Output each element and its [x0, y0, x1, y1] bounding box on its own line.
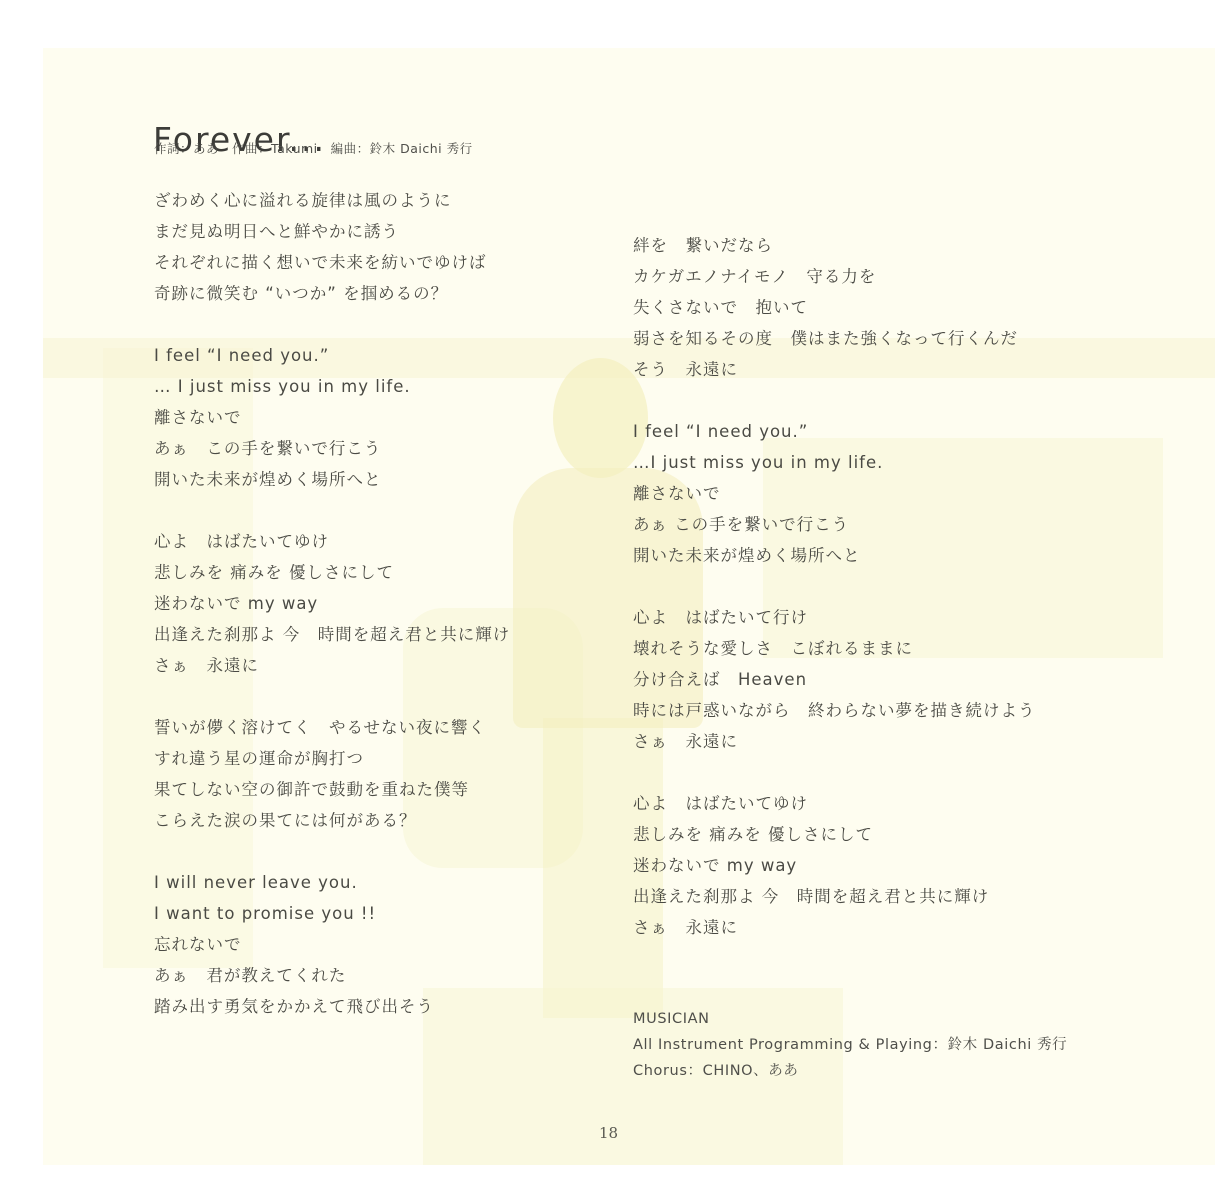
lyric-line: 忘れないで — [154, 929, 510, 960]
lyric-line: … I just miss you in my life. — [154, 371, 510, 402]
lyrics-left-column: ざわめく心に溢れる旋律は風のように まだ見ぬ明日へと鮮やかに誘う それぞれに描く… — [154, 185, 510, 1053]
lyrics-stanza: I feel “I need you.” …I just miss you in… — [633, 416, 1036, 571]
lyric-line: それぞれに描く想いで未来を紡いでゆけば — [154, 247, 510, 278]
musician-credit-line: Chorus：CHINO、ああ — [633, 1058, 1067, 1084]
lyric-line: すれ違う星の運命が胸打つ — [154, 743, 510, 774]
lyric-line: 失くさないで 抱いて — [633, 292, 1036, 323]
lyric-line: 迷わないで my way — [154, 588, 510, 619]
lyrics-stanza: I will never leave you. I want to promis… — [154, 867, 510, 1022]
lyric-line: I feel “I need you.” — [633, 416, 1036, 447]
page-number: 18 — [599, 1124, 618, 1142]
lyrics-right-column: 絆を 繋いだなら カケガエノナイモノ 守る力を 失くさないで 抱いて 弱さを知る… — [633, 230, 1036, 974]
lyric-line: 迷わないで my way — [633, 850, 1036, 881]
lyric-line: 奇跡に微笑む “いつか” を掴めるの？ — [154, 278, 510, 309]
lyrics-page: Forever... 作詞：ああ 作曲：Takumi 編曲：鈴木 Daichi … — [0, 0, 1215, 1200]
lyric-line: さぁ 永遠に — [633, 726, 1036, 757]
song-credits: 作詞：ああ 作曲：Takumi 編曲：鈴木 Daichi 秀行 — [154, 139, 473, 157]
lyric-line: …I just miss you in my life. — [633, 447, 1036, 478]
lyrics-stanza: 誓いが儚く溶けてく やるせない夜に響く すれ違う星の運命が胸打つ 果てしない空の… — [154, 712, 510, 836]
lyric-line: 果てしない空の御許で鼓動を重ねた僕等 — [154, 774, 510, 805]
lyric-line: さぁ 永遠に — [633, 912, 1036, 943]
lyric-line: 分け合えば Heaven — [633, 664, 1036, 695]
lyric-line: ざわめく心に溢れる旋律は風のように — [154, 185, 510, 216]
lyric-line: そう 永遠に — [633, 354, 1036, 385]
lyrics-stanza: I feel “I need you.” … I just miss you i… — [154, 340, 510, 495]
lyric-line: 出逢えた刹那よ 今 時間を超え君と共に輝け — [633, 881, 1036, 912]
lyric-line: あぁ 君が教えてくれた — [154, 960, 510, 991]
lyric-line: 開いた未来が煌めく場所へと — [154, 464, 510, 495]
lyric-line: 心よ はばたいてゆけ — [633, 788, 1036, 819]
lyric-line: こらえた涙の果てには何がある？ — [154, 805, 510, 836]
lyric-line: さぁ 永遠に — [154, 650, 510, 681]
lyrics-stanza: 絆を 繋いだなら カケガエノナイモノ 守る力を 失くさないで 抱いて 弱さを知る… — [633, 230, 1036, 385]
musician-credit-line: All Instrument Programming & Playing：鈴木 … — [633, 1032, 1067, 1058]
lyric-line: 壊れそうな愛しさ こぼれるままに — [633, 633, 1036, 664]
lyric-line: まだ見ぬ明日へと鮮やかに誘う — [154, 216, 510, 247]
lyric-line: 誓いが儚く溶けてく やるせない夜に響く — [154, 712, 510, 743]
lyric-line: 悲しみを 痛みを 優しさにして — [633, 819, 1036, 850]
lyric-line: 出逢えた刹那よ 今 時間を超え君と共に輝け — [154, 619, 510, 650]
lyric-line: 悲しみを 痛みを 優しさにして — [154, 557, 510, 588]
lyric-line: 時には戸惑いながら 終わらない夢を描き続けよう — [633, 695, 1036, 726]
lyric-line: 心よ はばたいて行け — [633, 602, 1036, 633]
musician-heading: MUSICIAN — [633, 1006, 1067, 1032]
lyric-line: 離さないで — [633, 478, 1036, 509]
lyric-line: I want to promise you !! — [154, 898, 510, 929]
lyrics-stanza: 心よ はばたいてゆけ 悲しみを 痛みを 優しさにして 迷わないで my way … — [154, 526, 510, 681]
lyric-line: あぁ この手を繋いで行こう — [154, 433, 510, 464]
lyric-line: 踏み出す勇気をかかえて飛び出そう — [154, 991, 510, 1022]
lyric-line: I feel “I need you.” — [154, 340, 510, 371]
musician-credits: MUSICIAN All Instrument Programming & Pl… — [633, 1006, 1067, 1084]
lyric-line: I will never leave you. — [154, 867, 510, 898]
lyric-line: 開いた未来が煌めく場所へと — [633, 540, 1036, 571]
lyric-line: 絆を 繋いだなら — [633, 230, 1036, 261]
lyric-line: 弱さを知るその度 僕はまた強くなって行くんだ — [633, 323, 1036, 354]
lyric-line: 離さないで — [154, 402, 510, 433]
lyrics-stanza: 心よ はばたいて行け 壊れそうな愛しさ こぼれるままに 分け合えば Heaven… — [633, 602, 1036, 757]
lyric-line: カケガエノナイモノ 守る力を — [633, 261, 1036, 292]
lyric-line: 心よ はばたいてゆけ — [154, 526, 510, 557]
lyric-line: あぁ この手を繋いで行こう — [633, 509, 1036, 540]
lyrics-stanza: ざわめく心に溢れる旋律は風のように まだ見ぬ明日へと鮮やかに誘う それぞれに描く… — [154, 185, 510, 309]
lyrics-stanza: 心よ はばたいてゆけ 悲しみを 痛みを 優しさにして 迷わないで my way … — [633, 788, 1036, 943]
